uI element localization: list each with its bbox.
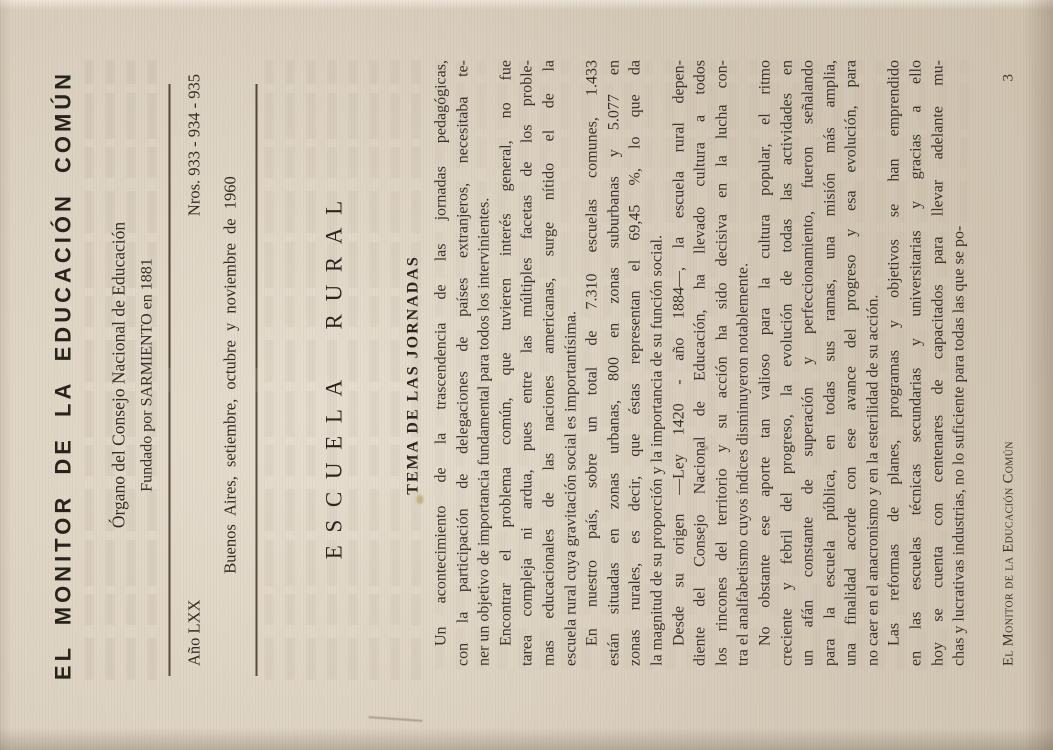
issue-place-date: Buenos Aires, setiembre, octubre y novie… — [220, 72, 240, 678]
screenshot-root: { "masthead": { "title": "EL MONITOR DE … — [0, 0, 1053, 750]
running-footer-row: El Monitor de la Educación Común 3 — [1000, 74, 1017, 666]
issue-year: Año LXX — [184, 600, 204, 666]
paper-stain — [416, 495, 423, 504]
document-page: EL MONITOR DE LA EDUCACIÓN COMÚN Órgano … — [0, 0, 1053, 750]
journal-title: EL MONITOR DE LA EDUCACIÓN COMÚN — [50, 0, 76, 750]
scan-frame: EL MONITOR DE LA EDUCACIÓN COMÚN Órgano … — [0, 0, 1053, 750]
divider-rule-bottom — [255, 84, 257, 676]
issue-numbers: Nros. 933 - 934 - 935 — [184, 74, 204, 216]
bleedthrough-ghost — [84, 60, 168, 680]
issue-info-row: Año LXX Nros. 933 - 934 - 935 — [184, 74, 204, 666]
bleedthrough-ghost — [264, 60, 424, 680]
page-number: 3 — [1000, 74, 1017, 82]
bleedthrough-ghost — [434, 60, 970, 670]
running-footer-journal-name: El Monitor de la Educación Común — [1000, 441, 1017, 666]
paper-speck — [704, 446, 708, 450]
